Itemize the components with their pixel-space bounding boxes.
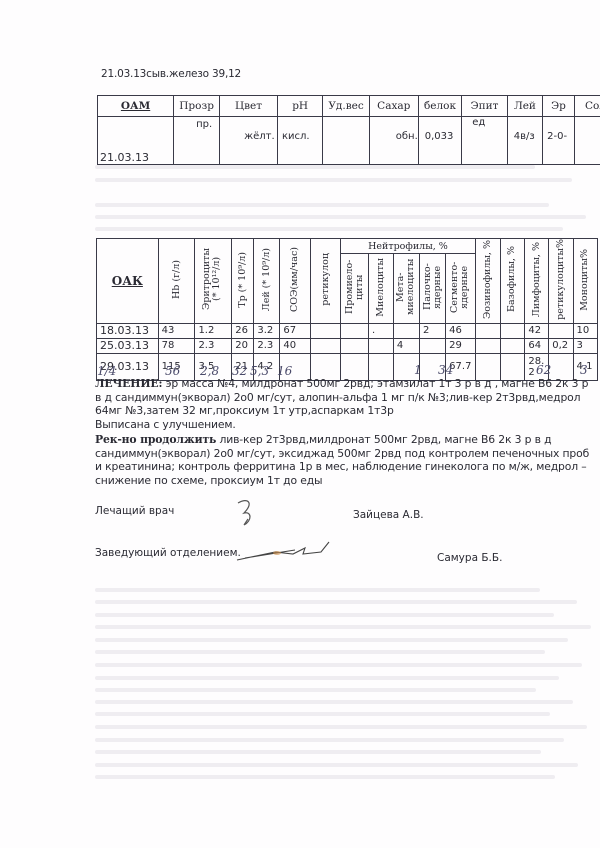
urinalysis-header-7: Эпит bbox=[462, 96, 508, 117]
urinalysis-header-5: Сахар bbox=[369, 96, 418, 117]
header-promyelo: Промиело-циты bbox=[341, 254, 369, 323]
handwritten-value: 1 bbox=[414, 363, 422, 377]
cell-date: 25.03.13 bbox=[97, 338, 159, 353]
cell-promyelo bbox=[341, 323, 369, 338]
bleed-line bbox=[95, 738, 564, 742]
header-myelo: Миелоциты bbox=[369, 254, 394, 323]
cell-seg: 46 bbox=[446, 323, 476, 338]
header-band: Палочко-ядерные bbox=[420, 254, 446, 323]
urinalysis-header-6: белок bbox=[418, 96, 461, 117]
attending-doctor-name: Зайцева А.В. bbox=[353, 509, 424, 521]
handwritten-value: 2,8 bbox=[200, 364, 219, 378]
discharge-status: Выписана с улучшением. bbox=[95, 418, 595, 432]
urinalysis-value-2: кисл. bbox=[277, 117, 322, 165]
header-esr: СОЭ(мм/час) bbox=[280, 239, 311, 324]
doctor-signature bbox=[230, 495, 260, 535]
cell-seg: 29 bbox=[446, 338, 476, 353]
header-seg: Сегменто-ядерные bbox=[446, 254, 476, 323]
cell-retic2: 0,2 bbox=[549, 338, 573, 353]
header-metamyelo: Мета-миелоциты bbox=[393, 254, 419, 323]
bleed-line bbox=[95, 215, 586, 219]
recommendation-paragraph: Рек-но продолжить лив-кер 2т3рвд,милдрон… bbox=[95, 433, 595, 487]
bleed-line bbox=[95, 750, 541, 754]
urinalysis-value-0: пр. bbox=[174, 117, 220, 165]
cell-hb: 78 bbox=[158, 338, 195, 353]
cell-wbc: 3.2 bbox=[254, 323, 280, 338]
bleed-line bbox=[95, 588, 540, 592]
cell-retic2 bbox=[549, 323, 573, 338]
urinalysis-value-6: ед bbox=[462, 117, 508, 165]
handwritten-value: 62 bbox=[536, 363, 551, 377]
handwritten-value: 5,3 bbox=[250, 364, 269, 378]
blood-count-header-row-1: ОАК Hb (г/л) Эритроциты (* 10¹²/л) Тр (*… bbox=[97, 239, 598, 254]
attending-doctor-label: Лечащий врач bbox=[95, 505, 174, 517]
urinalysis-header-3: pH bbox=[277, 96, 322, 117]
treatment-text: эр масса №4, милдронат 500мг 2рвд; этамз… bbox=[95, 377, 588, 417]
urinalysis-row: 21.03.13пр.жёлт.кисл.обн.0,033ед4в/з2-0- bbox=[98, 117, 600, 165]
urinalysis-value-3 bbox=[323, 117, 369, 165]
cell-baso bbox=[500, 338, 525, 353]
header-rbc: Эритроциты (* 10¹²/л) bbox=[195, 239, 232, 324]
urinalysis-table: ОАМПрозрЦветpHУд.весСахарбелокЭпитЛейЭрС… bbox=[97, 95, 600, 165]
urinalysis-value-7: 4в/з bbox=[507, 117, 542, 165]
handwritten-value: 34 bbox=[438, 363, 453, 377]
header-mono: Моноциты% bbox=[573, 239, 597, 324]
cell-retic bbox=[311, 338, 341, 353]
bleed-line bbox=[95, 663, 582, 667]
bleed-line bbox=[95, 227, 563, 231]
cell-esr: 67 bbox=[280, 323, 311, 338]
cell-rbc: 2.3 bbox=[195, 338, 232, 353]
cell-wbc: 2.3 bbox=[254, 338, 280, 353]
header-eos: Эозинофилы, % bbox=[475, 239, 500, 324]
bleed-line bbox=[95, 712, 550, 716]
urinalysis-header-row: ОАМПрозрЦветpHУд.весСахарбелокЭпитЛейЭрС… bbox=[98, 96, 600, 117]
bleed-line bbox=[95, 625, 591, 629]
blood-count-row: 25.03.13782.3202.340429640,23 bbox=[97, 338, 598, 353]
header-retic: ретикулоц bbox=[311, 239, 341, 324]
cell-plt: 20 bbox=[232, 338, 254, 353]
department-head-label: Заведующий отделением. bbox=[95, 547, 241, 559]
bleed-line bbox=[95, 725, 587, 729]
urinalysis-date: 21.03.13 bbox=[98, 117, 174, 165]
document-page: 21.03.13сыв.железо 39,12 ОАМПрозрЦветpHУ… bbox=[0, 0, 600, 848]
blood-count-title-cell: ОАК bbox=[97, 239, 159, 324]
handwritten-value: 32 bbox=[232, 364, 247, 378]
urinalysis-header-8: Лей bbox=[507, 96, 542, 117]
header-wbc: Лей (* 10⁹/л) bbox=[254, 239, 280, 324]
bleed-line bbox=[95, 650, 545, 654]
bleed-line bbox=[95, 638, 568, 642]
urinalysis-header-9: Эр bbox=[543, 96, 575, 117]
cell-mono: 3 bbox=[573, 338, 597, 353]
cell-band: 2 bbox=[420, 323, 446, 338]
cell-myelo: . bbox=[369, 323, 394, 338]
cell-metamyelo: 4 bbox=[393, 338, 419, 353]
bleed-line bbox=[95, 763, 578, 767]
urinalysis-header-10: Сол bbox=[574, 96, 600, 117]
urinalysis-value-5: 0,033 bbox=[418, 117, 461, 165]
cell-metamyelo bbox=[393, 323, 419, 338]
bleed-line bbox=[95, 688, 536, 692]
urinalysis-header-2: Цвет bbox=[220, 96, 278, 117]
treatment-label: ЛЕЧЕНИЕ: bbox=[95, 377, 162, 390]
header-plt: Тр (* 10⁹/л) bbox=[232, 239, 254, 324]
cell-lymph: 42 bbox=[525, 323, 549, 338]
cell-date: 18.03.13 bbox=[97, 323, 159, 338]
urinalysis-value-1: жёлт. bbox=[220, 117, 278, 165]
urinalysis-value-8: 2-0- bbox=[543, 117, 575, 165]
urinalysis-value-4: обн. bbox=[369, 117, 418, 165]
bleed-line bbox=[95, 178, 572, 182]
head-signature bbox=[235, 540, 335, 565]
handwritten-value: 56 bbox=[165, 364, 180, 378]
department-head-name: Самура Б.Б. bbox=[437, 552, 502, 564]
cell-plt: 26 bbox=[232, 323, 254, 338]
urinalysis-header-1: Прозр bbox=[174, 96, 220, 117]
treatment-paragraph: ЛЕЧЕНИЕ: эр масса №4, милдронат 500мг 2р… bbox=[95, 377, 595, 418]
bleed-line bbox=[95, 613, 554, 617]
urinalysis-header-4: Уд.вес bbox=[323, 96, 369, 117]
bleed-line bbox=[95, 203, 549, 207]
cell-eos bbox=[475, 323, 500, 338]
header-neutrophils-group: Нейтрофилы, % bbox=[341, 239, 476, 254]
urinalysis-header-0: ОАМ bbox=[98, 96, 174, 117]
header-retic-pct: ретикулоциты% bbox=[549, 239, 573, 324]
cell-promyelo bbox=[341, 338, 369, 353]
bleed-line bbox=[95, 600, 577, 604]
bleed-line bbox=[95, 165, 535, 169]
cell-mono: 10 bbox=[573, 323, 597, 338]
cell-lymph: 64 bbox=[525, 338, 549, 353]
cell-rbc: 1.2 bbox=[195, 323, 232, 338]
blood-count-row: 18.03.13431.2263.267.2464210 bbox=[97, 323, 598, 338]
handwritten-value: 16 bbox=[277, 364, 292, 378]
header-hb: Hb (г/л) bbox=[158, 239, 195, 324]
cell-band bbox=[420, 338, 446, 353]
cell-retic bbox=[311, 323, 341, 338]
cell-hb: 43 bbox=[158, 323, 195, 338]
cell-myelo bbox=[369, 338, 394, 353]
bleed-line bbox=[95, 775, 555, 779]
urinalysis-value-9 bbox=[574, 117, 600, 165]
cell-baso bbox=[500, 323, 525, 338]
header-baso: Базофилы, % bbox=[500, 239, 525, 324]
bleed-line bbox=[95, 676, 559, 680]
blood-count-table: ОАК Hb (г/л) Эритроциты (* 10¹²/л) Тр (*… bbox=[96, 238, 598, 381]
recommendation-label: Рек-но продолжить bbox=[95, 433, 216, 446]
bleed-line bbox=[95, 700, 573, 704]
serum-iron-note: 21.03.13сыв.железо 39,12 bbox=[101, 68, 241, 80]
cell-esr: 40 bbox=[280, 338, 311, 353]
cell-eos bbox=[475, 338, 500, 353]
handwritten-value: 3 bbox=[580, 363, 588, 377]
handwritten-value: 1/4 bbox=[97, 364, 116, 378]
header-lymph: Лимфоциты, % bbox=[525, 239, 549, 324]
